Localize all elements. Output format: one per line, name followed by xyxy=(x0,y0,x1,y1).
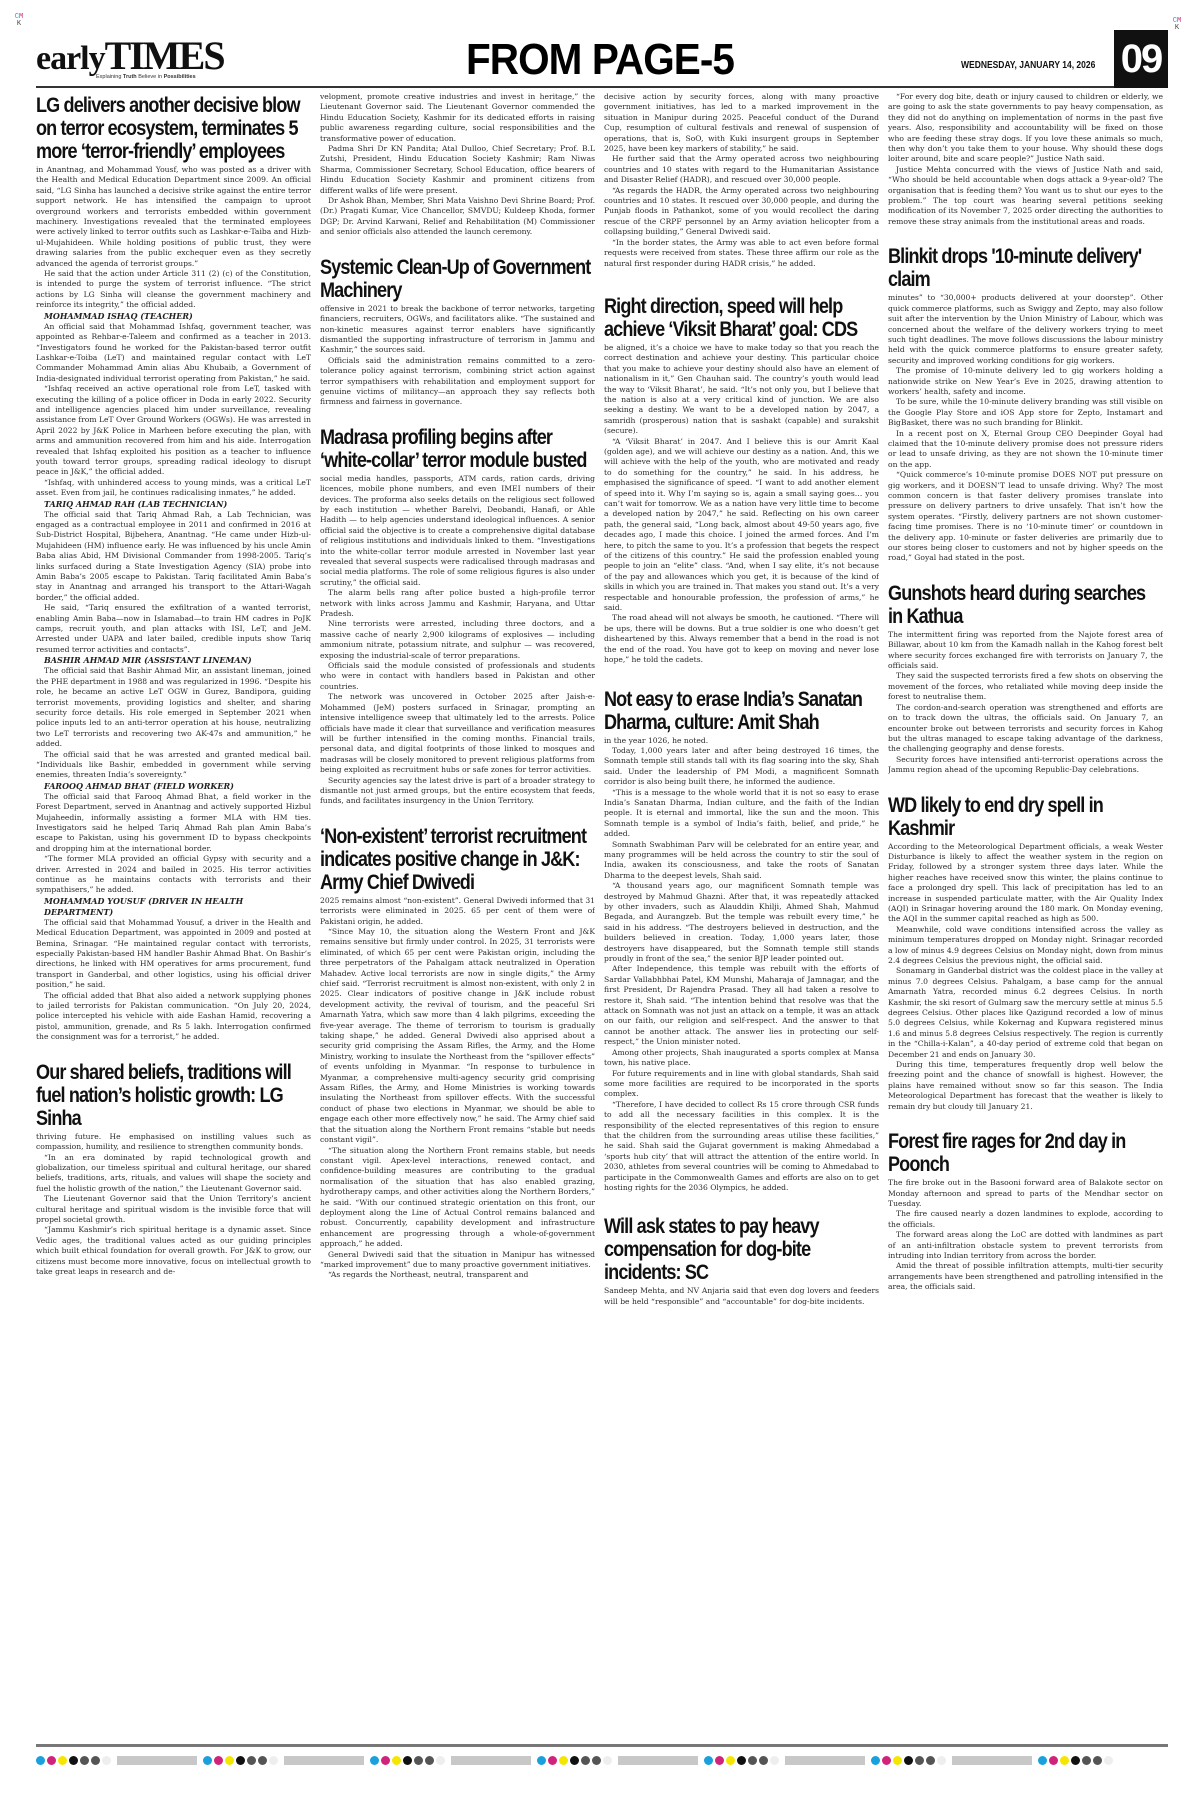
paragraph: Today, 1,000 years later and after being… xyxy=(604,746,879,788)
paragraph: Officials said the module consisted of p… xyxy=(320,661,595,692)
registration-dot xyxy=(715,1756,724,1765)
registration-dot xyxy=(225,1756,234,1765)
paragraph: Somnath Swabhiman Parv will be celebrate… xyxy=(604,840,879,882)
newspaper-logo: earlyTIMES xyxy=(36,38,224,77)
registration-dot-group xyxy=(203,1756,278,1765)
paragraph: in Anantnag, and Mohammad Yousf, who was… xyxy=(36,165,311,269)
paragraph: Justice Mehta concurred with the views o… xyxy=(888,165,1163,227)
column-2: velopment, promote creative industries a… xyxy=(320,92,595,1740)
cmyk-registration-mark-left: CMK xyxy=(12,14,26,28)
paragraph: The network was uncovered in October 202… xyxy=(320,692,595,775)
paragraph: The promise of 10-minute delivery led to… xyxy=(888,366,1163,397)
paragraph: The alarm bells rang after police busted… xyxy=(320,588,595,619)
registration-dot xyxy=(36,1756,45,1765)
paragraph: The official said that Mohammad Yousuf, … xyxy=(36,918,311,991)
paragraph: be aligned, it’s a choice we have to mak… xyxy=(604,343,879,437)
registration-grey-bar xyxy=(618,1756,698,1765)
paragraph: “In the border states, the Army was able… xyxy=(604,238,879,269)
registration-dot xyxy=(392,1756,401,1765)
paragraph: Sonamarg in Ganderbal district was the c… xyxy=(888,966,1163,1060)
paragraph: offensive in 2021 to break the backbone … xyxy=(320,304,595,356)
headline: Madrasa profiling begins after ‘white-co… xyxy=(320,426,594,472)
footer-rule xyxy=(36,1744,1168,1747)
paragraph: in the year 1026, he noted. xyxy=(604,736,879,746)
registration-dot-group xyxy=(537,1756,612,1765)
masthead: earlyTIMES Explaining Truth Believe in P… xyxy=(36,38,1168,88)
registration-dot xyxy=(871,1756,880,1765)
subheading: MOHAMMAD ISHAQ (TEACHER) xyxy=(36,311,311,322)
paragraph: “A thousand years ago, our magnificent S… xyxy=(604,881,879,964)
headline: Blinkit drops '10-minute delivery' claim xyxy=(888,245,1162,291)
registration-dot xyxy=(759,1756,768,1765)
article-poonch: Forest fire rages for 2nd day in Poonch … xyxy=(888,1130,1163,1292)
registration-dot xyxy=(258,1756,267,1765)
spacer xyxy=(604,269,879,289)
paragraph: decisive action by security forces, alon… xyxy=(604,92,879,154)
paragraph: Dr Ashok Bhan, Member, Shri Mata Vaishno… xyxy=(320,196,595,238)
registration-dot xyxy=(904,1756,913,1765)
paragraph: minutes” to “30,000+ products delivered … xyxy=(888,293,1163,366)
registration-dot xyxy=(1082,1756,1091,1765)
registration-dot xyxy=(102,1756,111,1765)
registration-dot xyxy=(770,1756,779,1765)
article-dog-bite: Will ask states to pay heavy compensatio… xyxy=(604,1215,879,1307)
cmyk-registration-mark-right: CMK xyxy=(1170,18,1184,32)
paragraph: “Ishfaq, with unhindered access to young… xyxy=(36,478,311,499)
registration-dot xyxy=(1093,1756,1102,1765)
paragraph: The official said that Bashir Ahmad Mir,… xyxy=(36,666,311,749)
headline: Gunshots heard during searches in Kathua xyxy=(888,582,1162,628)
paragraph: “Jammu Kashmir’s rich spiritual heritage… xyxy=(36,1225,311,1277)
paragraph: For future requirements and in line with… xyxy=(604,1069,879,1100)
paragraph: Nine terrorists were arrested, including… xyxy=(320,619,595,661)
article-lg-terror: LG delivers another decisive blow on ter… xyxy=(36,94,311,1043)
tagline: Explaining Truth Believe in Possibilitie… xyxy=(96,74,196,80)
registration-dot xyxy=(203,1756,212,1765)
article-lg-beliefs: Our shared beliefs, traditions will fuel… xyxy=(36,1061,311,1278)
paragraph: Sandeep Mehta, and NV Anjaria said that … xyxy=(604,1286,879,1307)
spacer xyxy=(888,227,1163,239)
registration-dot xyxy=(91,1756,100,1765)
article-dry-spell: WD likely to end dry spell in Kashmir Ac… xyxy=(888,794,1163,1113)
registration-dot xyxy=(1049,1756,1058,1765)
article-blinkit: Blinkit drops '10-minute delivery' claim… xyxy=(888,245,1163,564)
article-dog-bite-continued: “For every dog bite, death or injury cau… xyxy=(888,92,1163,227)
subheading: TARIQ AHMAD RAH (LAB TECHNICIAN) xyxy=(36,499,311,510)
registration-dot xyxy=(548,1756,557,1765)
dateline: WEDNESDAY, JANUARY 14, 2026 xyxy=(961,60,1095,71)
registration-dot xyxy=(704,1756,713,1765)
registration-dot xyxy=(1060,1756,1069,1765)
spacer xyxy=(320,807,595,819)
paragraph: “In an era dominated by rapid technologi… xyxy=(36,1153,311,1195)
registration-dot xyxy=(926,1756,935,1765)
registration-grey-bar xyxy=(952,1756,1032,1765)
registration-dot-group xyxy=(704,1756,779,1765)
column-1: LG delivers another decisive blow on ter… xyxy=(36,92,311,1740)
registration-dot-group xyxy=(370,1756,445,1765)
registration-dot xyxy=(559,1756,568,1765)
registration-dot xyxy=(403,1756,412,1765)
article-army-chief-continued: decisive action by security forces, alon… xyxy=(604,92,879,269)
spacer xyxy=(888,1112,1163,1124)
headline: Right direction, speed will help achieve… xyxy=(604,295,878,341)
registration-dot xyxy=(381,1756,390,1765)
headline: Systemic Clean-Up of Government Machiner… xyxy=(320,256,594,302)
paragraph: “Ishfaq received an active operational r… xyxy=(36,384,311,478)
registration-dot xyxy=(214,1756,223,1765)
article-kathua: Gunshots heard during searches in Kathua… xyxy=(888,582,1163,776)
paragraph: The road ahead will not always be smooth… xyxy=(604,613,879,665)
registration-dot xyxy=(425,1756,434,1765)
logo-early: early xyxy=(36,40,105,77)
logo-times: TIMES xyxy=(105,33,224,78)
column-4: “For every dog bite, death or injury cau… xyxy=(888,92,1163,1740)
paragraph: 2025 remains almost “non-existent”. Gene… xyxy=(320,896,595,927)
paragraph: “As regards the Northeast, neutral, tran… xyxy=(320,1270,595,1280)
paragraph: After Independence, this temple was rebu… xyxy=(604,964,879,1047)
headline: Will ask states to pay heavy compensatio… xyxy=(604,1215,878,1284)
spacer xyxy=(36,1043,311,1055)
registration-dot xyxy=(58,1756,67,1765)
paragraph: The cordon-and-search operation was stre… xyxy=(888,703,1163,755)
subheading: BASHIR AHMAD MIR (ASSISTANT LINEMAN) xyxy=(36,655,311,666)
paragraph: The intermittent firing was reported fro… xyxy=(888,630,1163,672)
registration-grey-bar xyxy=(284,1756,364,1765)
paragraph: “The situation along the Northern Front … xyxy=(320,1146,595,1250)
paragraph: social media handles, passports, ATM car… xyxy=(320,474,595,588)
spacer xyxy=(888,564,1163,576)
paragraph: An official said that Mohammad Ishfaq, g… xyxy=(36,322,311,384)
spacer xyxy=(320,238,595,250)
registration-dot xyxy=(603,1756,612,1765)
registration-dot xyxy=(592,1756,601,1765)
paragraph: Amid the threat of possible infiltration… xyxy=(888,1261,1163,1292)
paragraph: “A ‘Viksit Bharat’ in 2047. And I believ… xyxy=(604,437,879,614)
paragraph: General Dwivedi said that the situation … xyxy=(320,1250,595,1271)
page-number: 09 xyxy=(1114,30,1168,88)
subheading: MOHAMMAD YOUSUF (DRIVER IN HEALTH DEPART… xyxy=(36,896,311,918)
registration-dot-group xyxy=(1038,1756,1113,1765)
paragraph: Padma Shri Dr KN Pandita; Atal Dulloo, C… xyxy=(320,144,595,196)
registration-dot xyxy=(47,1756,56,1765)
spacer xyxy=(888,776,1163,788)
registration-grey-bar xyxy=(785,1756,865,1765)
paragraph: Among other projects, Shah inaugurated a… xyxy=(604,1048,879,1069)
tagline-prefix: Explaining xyxy=(96,74,123,80)
headline: Not easy to erase India’s Sanatan Dharma… xyxy=(604,688,878,734)
registration-dot xyxy=(414,1756,423,1765)
paragraph: thriving future. He emphasised on instil… xyxy=(36,1132,311,1153)
paragraph: In a recent post on X, Eternal Group CEO… xyxy=(888,429,1163,471)
registration-dot xyxy=(1071,1756,1080,1765)
registration-dot xyxy=(570,1756,579,1765)
paragraph: To be sure, while the 10-minute delivery… xyxy=(888,397,1163,428)
paragraph: Meanwhile, cold wave conditions intensif… xyxy=(888,925,1163,967)
registration-dot xyxy=(726,1756,735,1765)
registration-dot xyxy=(737,1756,746,1765)
paragraph: “The former MLA provided an official Gyp… xyxy=(36,854,311,896)
paragraph: They said the suspected terrorists fired… xyxy=(888,671,1163,702)
tagline-truth: Truth xyxy=(123,74,137,80)
registration-dot xyxy=(80,1756,89,1765)
registration-dot xyxy=(893,1756,902,1765)
registration-dot xyxy=(1104,1756,1113,1765)
spacer xyxy=(604,1193,879,1209)
column-3: decisive action by security forces, alon… xyxy=(604,92,879,1740)
paragraph: The official said that Tariq Ahmad Rah, … xyxy=(36,510,311,604)
paragraph: “For every dog bite, death or injury cau… xyxy=(888,92,1163,165)
paragraph: “Quick commerce’s 10-minute promise DOES… xyxy=(888,470,1163,564)
paragraph: According to the Meteorological Departme… xyxy=(888,842,1163,925)
paragraph: Security agencies say the latest drive i… xyxy=(320,776,595,807)
subheading: FAROOQ AHMAD BHAT (FIELD WORKER) xyxy=(36,781,311,792)
page-title: FROM PAGE-5 xyxy=(466,34,734,86)
registration-grey-bar xyxy=(451,1756,531,1765)
paragraph: He said that the action under Article 31… xyxy=(36,269,311,311)
registration-dot xyxy=(1038,1756,1047,1765)
spacer xyxy=(604,666,879,682)
paragraph: During this time, temperatures frequentl… xyxy=(888,1060,1163,1112)
tagline-possibilities: Possibilities xyxy=(164,74,196,80)
registration-dot xyxy=(269,1756,278,1765)
paragraph: He further said that the Army operated a… xyxy=(604,154,879,185)
registration-dot xyxy=(69,1756,78,1765)
paragraph: The forward areas along the LoC are dott… xyxy=(888,1230,1163,1261)
headline: ‘Non-existent’ terrorist recruitment ind… xyxy=(320,825,594,894)
article-army-chief: ‘Non-existent’ terrorist recruitment ind… xyxy=(320,825,595,1281)
tagline-mid: Believe in xyxy=(137,74,164,80)
paragraph: “This is a message to the whole world th… xyxy=(604,788,879,840)
article-madrasa: Madrasa profiling begins after ‘white-co… xyxy=(320,426,595,807)
article-cds: Right direction, speed will help achieve… xyxy=(604,295,879,666)
registration-grey-bar xyxy=(117,1756,197,1765)
registration-dot-group xyxy=(36,1756,111,1765)
article-amit-shah: Not easy to erase India’s Sanatan Dharma… xyxy=(604,688,879,1194)
headline: Our shared beliefs, traditions will fuel… xyxy=(36,1061,310,1130)
paragraph: Officials said the administration remain… xyxy=(320,356,595,408)
registration-dot xyxy=(537,1756,546,1765)
paragraph: The Lieutenant Governor said that the Un… xyxy=(36,1194,311,1225)
registration-dot xyxy=(236,1756,245,1765)
registration-dot xyxy=(247,1756,256,1765)
registration-dot xyxy=(937,1756,946,1765)
paragraph: The official said that Farooq Ahmad Bhat… xyxy=(36,792,311,854)
headline: Forest fire rages for 2nd day in Poonch xyxy=(888,1130,1162,1176)
paragraph: Security forces have intensified anti-te… xyxy=(888,755,1163,776)
article-lg-beliefs-continued: velopment, promote creative industries a… xyxy=(320,92,595,238)
spacer xyxy=(320,408,595,420)
registration-dot xyxy=(581,1756,590,1765)
headline: WD likely to end dry spell in Kashmir xyxy=(888,794,1162,840)
registration-dot xyxy=(748,1756,757,1765)
paragraph: “Since May 10, the situation along the W… xyxy=(320,927,595,1146)
registration-dot xyxy=(436,1756,445,1765)
paragraph: The official added that Bhat also aided … xyxy=(36,991,311,1043)
headline: LG delivers another decisive blow on ter… xyxy=(36,94,310,163)
paragraph: “As regards the HADR, the Army operated … xyxy=(604,186,879,238)
article-cleanup: Systemic Clean-Up of Government Machiner… xyxy=(320,256,595,408)
registration-dot xyxy=(882,1756,891,1765)
paragraph: “Therefore, I have decided to collect Rs… xyxy=(604,1100,879,1194)
registration-dot xyxy=(915,1756,924,1765)
registration-dot-group xyxy=(871,1756,946,1765)
paragraph: The fire caused nearly a dozen landmines… xyxy=(888,1209,1163,1230)
color-registration-bar xyxy=(36,1754,1168,1766)
paragraph: velopment, promote creative industries a… xyxy=(320,92,595,144)
registration-dot xyxy=(370,1756,379,1765)
paragraph: The fire broke out in the Basooni forwar… xyxy=(888,1178,1163,1209)
paragraph: He said, “Tariq ensured the exfiltration… xyxy=(36,603,311,655)
paragraph: The official said that he was arrested a… xyxy=(36,750,311,781)
